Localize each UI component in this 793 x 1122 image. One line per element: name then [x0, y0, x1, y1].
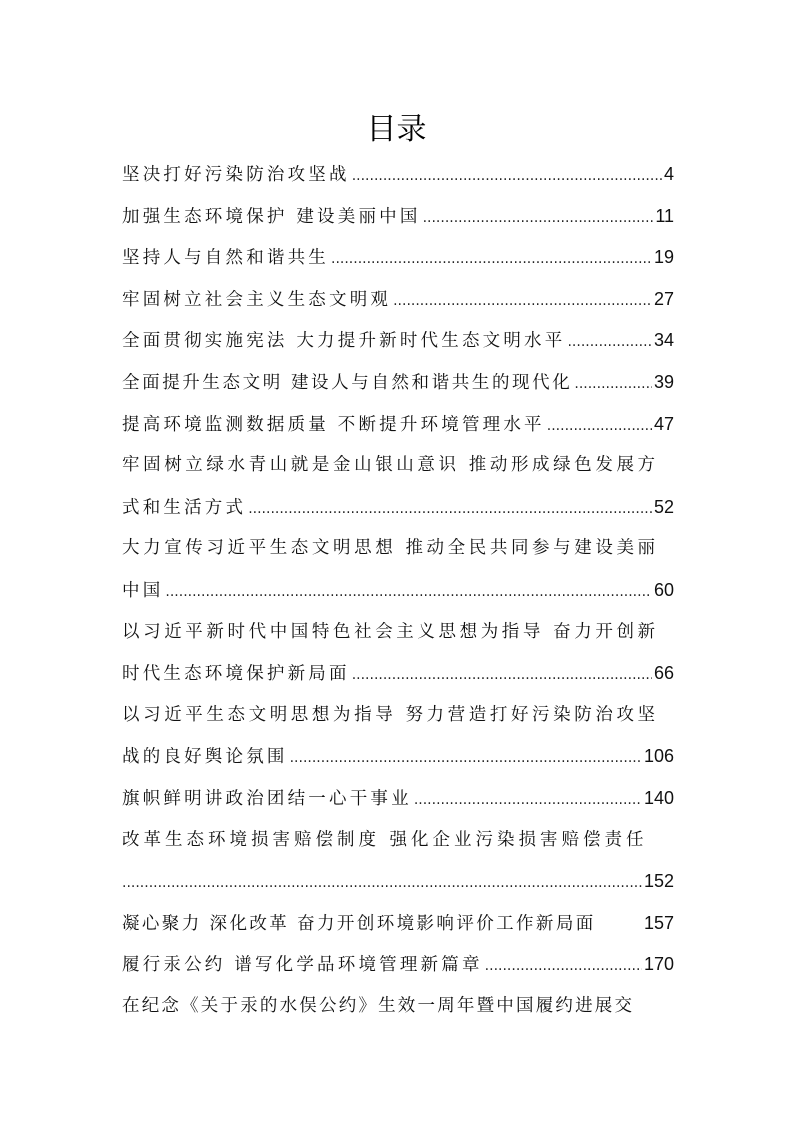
toc-entry[interactable]: 旗帜鲜明讲政治团结一心干事业 140 — [122, 778, 674, 820]
toc-entry-title: 坚持人与自然和谐共生 — [122, 238, 329, 280]
toc-entry-line-2[interactable]: 中国 60 — [122, 570, 674, 612]
toc-page-number: 4 — [664, 154, 674, 196]
toc-entry-title: 履行汞公约 谱写化学品环境管理新篇章 — [122, 945, 483, 987]
toc-entry-line-1[interactable]: 以习近平生态文明思想为指导 努力营造打好污染防治攻坚 — [122, 695, 674, 737]
toc-entry[interactable]: 坚决打好污染防治攻坚战 4 — [122, 154, 674, 196]
toc-entry-line-1[interactable]: 大力宣传习近平生态文明思想 推动全民共同参与建设美丽 — [122, 528, 674, 570]
toc-entry-title: 改革生态环境损害赔偿制度 强化企业污染损害赔偿责任 — [122, 820, 648, 862]
toc-entry[interactable]: 牢固树立社会主义生态文明观 27 — [122, 279, 674, 321]
dot-leader — [352, 156, 662, 198]
dot-leader — [122, 863, 642, 905]
toc-entry-line-2[interactable]: 战的良好舆论氛围 106 — [122, 736, 674, 778]
dot-leader — [423, 198, 654, 240]
toc-page-number: 34 — [654, 320, 674, 362]
dot-leader — [567, 322, 652, 364]
toc-entry-title: 牢固树立绿水青山就是金山银山意识 推动形成绿色发展方 — [122, 445, 659, 487]
toc-page-number: 106 — [644, 736, 674, 778]
toc-entry-line-2[interactable]: 式和生活方式 52 — [122, 487, 674, 529]
toc-entry-title-continued: 中国 — [122, 571, 163, 613]
dot-leader — [248, 489, 652, 531]
dot-leader — [290, 738, 642, 780]
toc-page-number: 60 — [654, 570, 674, 612]
toc-page-number: 47 — [654, 404, 674, 446]
toc-entry-line-1[interactable]: 以习近平新时代中国特色社会主义思想为指导 奋力开创新 — [122, 612, 674, 654]
toc-entry-title-continued: 时代生态环境保护新局面 — [122, 654, 350, 696]
toc-entry[interactable]: 履行汞公约 谱写化学品环境管理新篇章 170 — [122, 944, 674, 986]
dot-leader — [331, 239, 652, 281]
toc-entry-title: 加强生态环境保护 建设美丽中国 — [122, 197, 421, 239]
toc-page-number: 157 — [644, 903, 674, 945]
toc-entry-title: 提高环境监测数据质量 不断提升环境管理水平 — [122, 405, 545, 447]
toc-entry-title-continued: 战的良好舆论氛围 — [122, 737, 288, 779]
dot-leader — [414, 780, 642, 822]
toc-entry-line-1[interactable]: 在纪念《关于汞的水俣公约》生效一周年暨中国履约进展交 — [122, 986, 674, 1028]
toc-page-number: 27 — [654, 279, 674, 321]
toc-page-number: 19 — [654, 237, 674, 279]
toc-entry-title: 坚决打好污染防治攻坚战 — [122, 155, 350, 197]
toc-entry-line-2[interactable]: 时代生态环境保护新局面 66 — [122, 653, 674, 695]
toc-page-number: 11 — [655, 196, 674, 238]
toc-entry-line-1[interactable]: 牢固树立绿水青山就是金山银山意识 推动形成绿色发展方 — [122, 445, 674, 487]
page-title: 目录 — [0, 110, 793, 150]
dot-leader — [165, 572, 652, 614]
toc-entry-title: 全面提升生态文明 建设人与自然和谐共生的现代化 — [122, 363, 572, 405]
toc-entry-title: 凝心聚力 深化改革 奋力开创环境影响评价工作新局面 — [122, 904, 596, 946]
toc-entry-title: 全面贯彻实施宪法 大力提升新时代生态文明水平 — [122, 321, 565, 363]
toc-page-number: 52 — [654, 487, 674, 529]
toc-entry[interactable]: 提高环境监测数据质量 不断提升环境管理水平 47 — [122, 404, 674, 446]
toc-page-number: 170 — [644, 944, 674, 986]
toc-entry-title-continued: 式和生活方式 — [122, 488, 246, 530]
toc-entry[interactable]: 坚持人与自然和谐共生 19 — [122, 237, 674, 279]
toc-entry[interactable]: 全面贯彻实施宪法 大力提升新时代生态文明水平 34 — [122, 320, 674, 362]
toc-entry-title: 牢固树立社会主义生态文明观 — [122, 280, 391, 322]
toc-entry[interactable]: 全面提升生态文明 建设人与自然和谐共生的现代化 39 — [122, 362, 674, 404]
dot-leader — [485, 946, 642, 988]
toc-entry[interactable]: 凝心聚力 深化改革 奋力开创环境影响评价工作新局面 157 — [122, 903, 674, 945]
toc-entry-title: 旗帜鲜明讲政治团结一心干事业 — [122, 779, 412, 821]
toc-entry[interactable]: 加强生态环境保护 建设美丽中国 11 — [122, 196, 674, 238]
toc-entry-line-1[interactable]: 改革生态环境损害赔偿制度 强化企业污染损害赔偿责任 — [122, 820, 674, 862]
dot-leader — [393, 281, 652, 323]
toc-page-number: 66 — [654, 653, 674, 695]
toc-entry-title: 以习近平生态文明思想为指导 努力营造打好污染防治攻坚 — [122, 695, 659, 737]
toc-entry-line-2[interactable]: 152 — [122, 861, 674, 903]
toc-page-number: 152 — [644, 861, 674, 903]
toc-entry-title: 大力宣传习近平生态文明思想 推动全民共同参与建设美丽 — [122, 528, 659, 570]
toc-entry-title: 以习近平新时代中国特色社会主义思想为指导 奋力开创新 — [122, 612, 659, 654]
toc-page-number: 39 — [654, 362, 674, 404]
toc-entry-title: 在纪念《关于汞的水俣公约》生效一周年暨中国履约进展交 — [122, 986, 634, 1028]
table-of-contents: 坚决打好污染防治攻坚战 4 加强生态环境保护 建设美丽中国 11 坚持人与自然和… — [122, 154, 674, 1027]
dot-leader — [352, 655, 652, 697]
toc-page-number: 140 — [644, 778, 674, 820]
dot-leader — [547, 406, 652, 448]
dot-leader — [574, 364, 652, 406]
